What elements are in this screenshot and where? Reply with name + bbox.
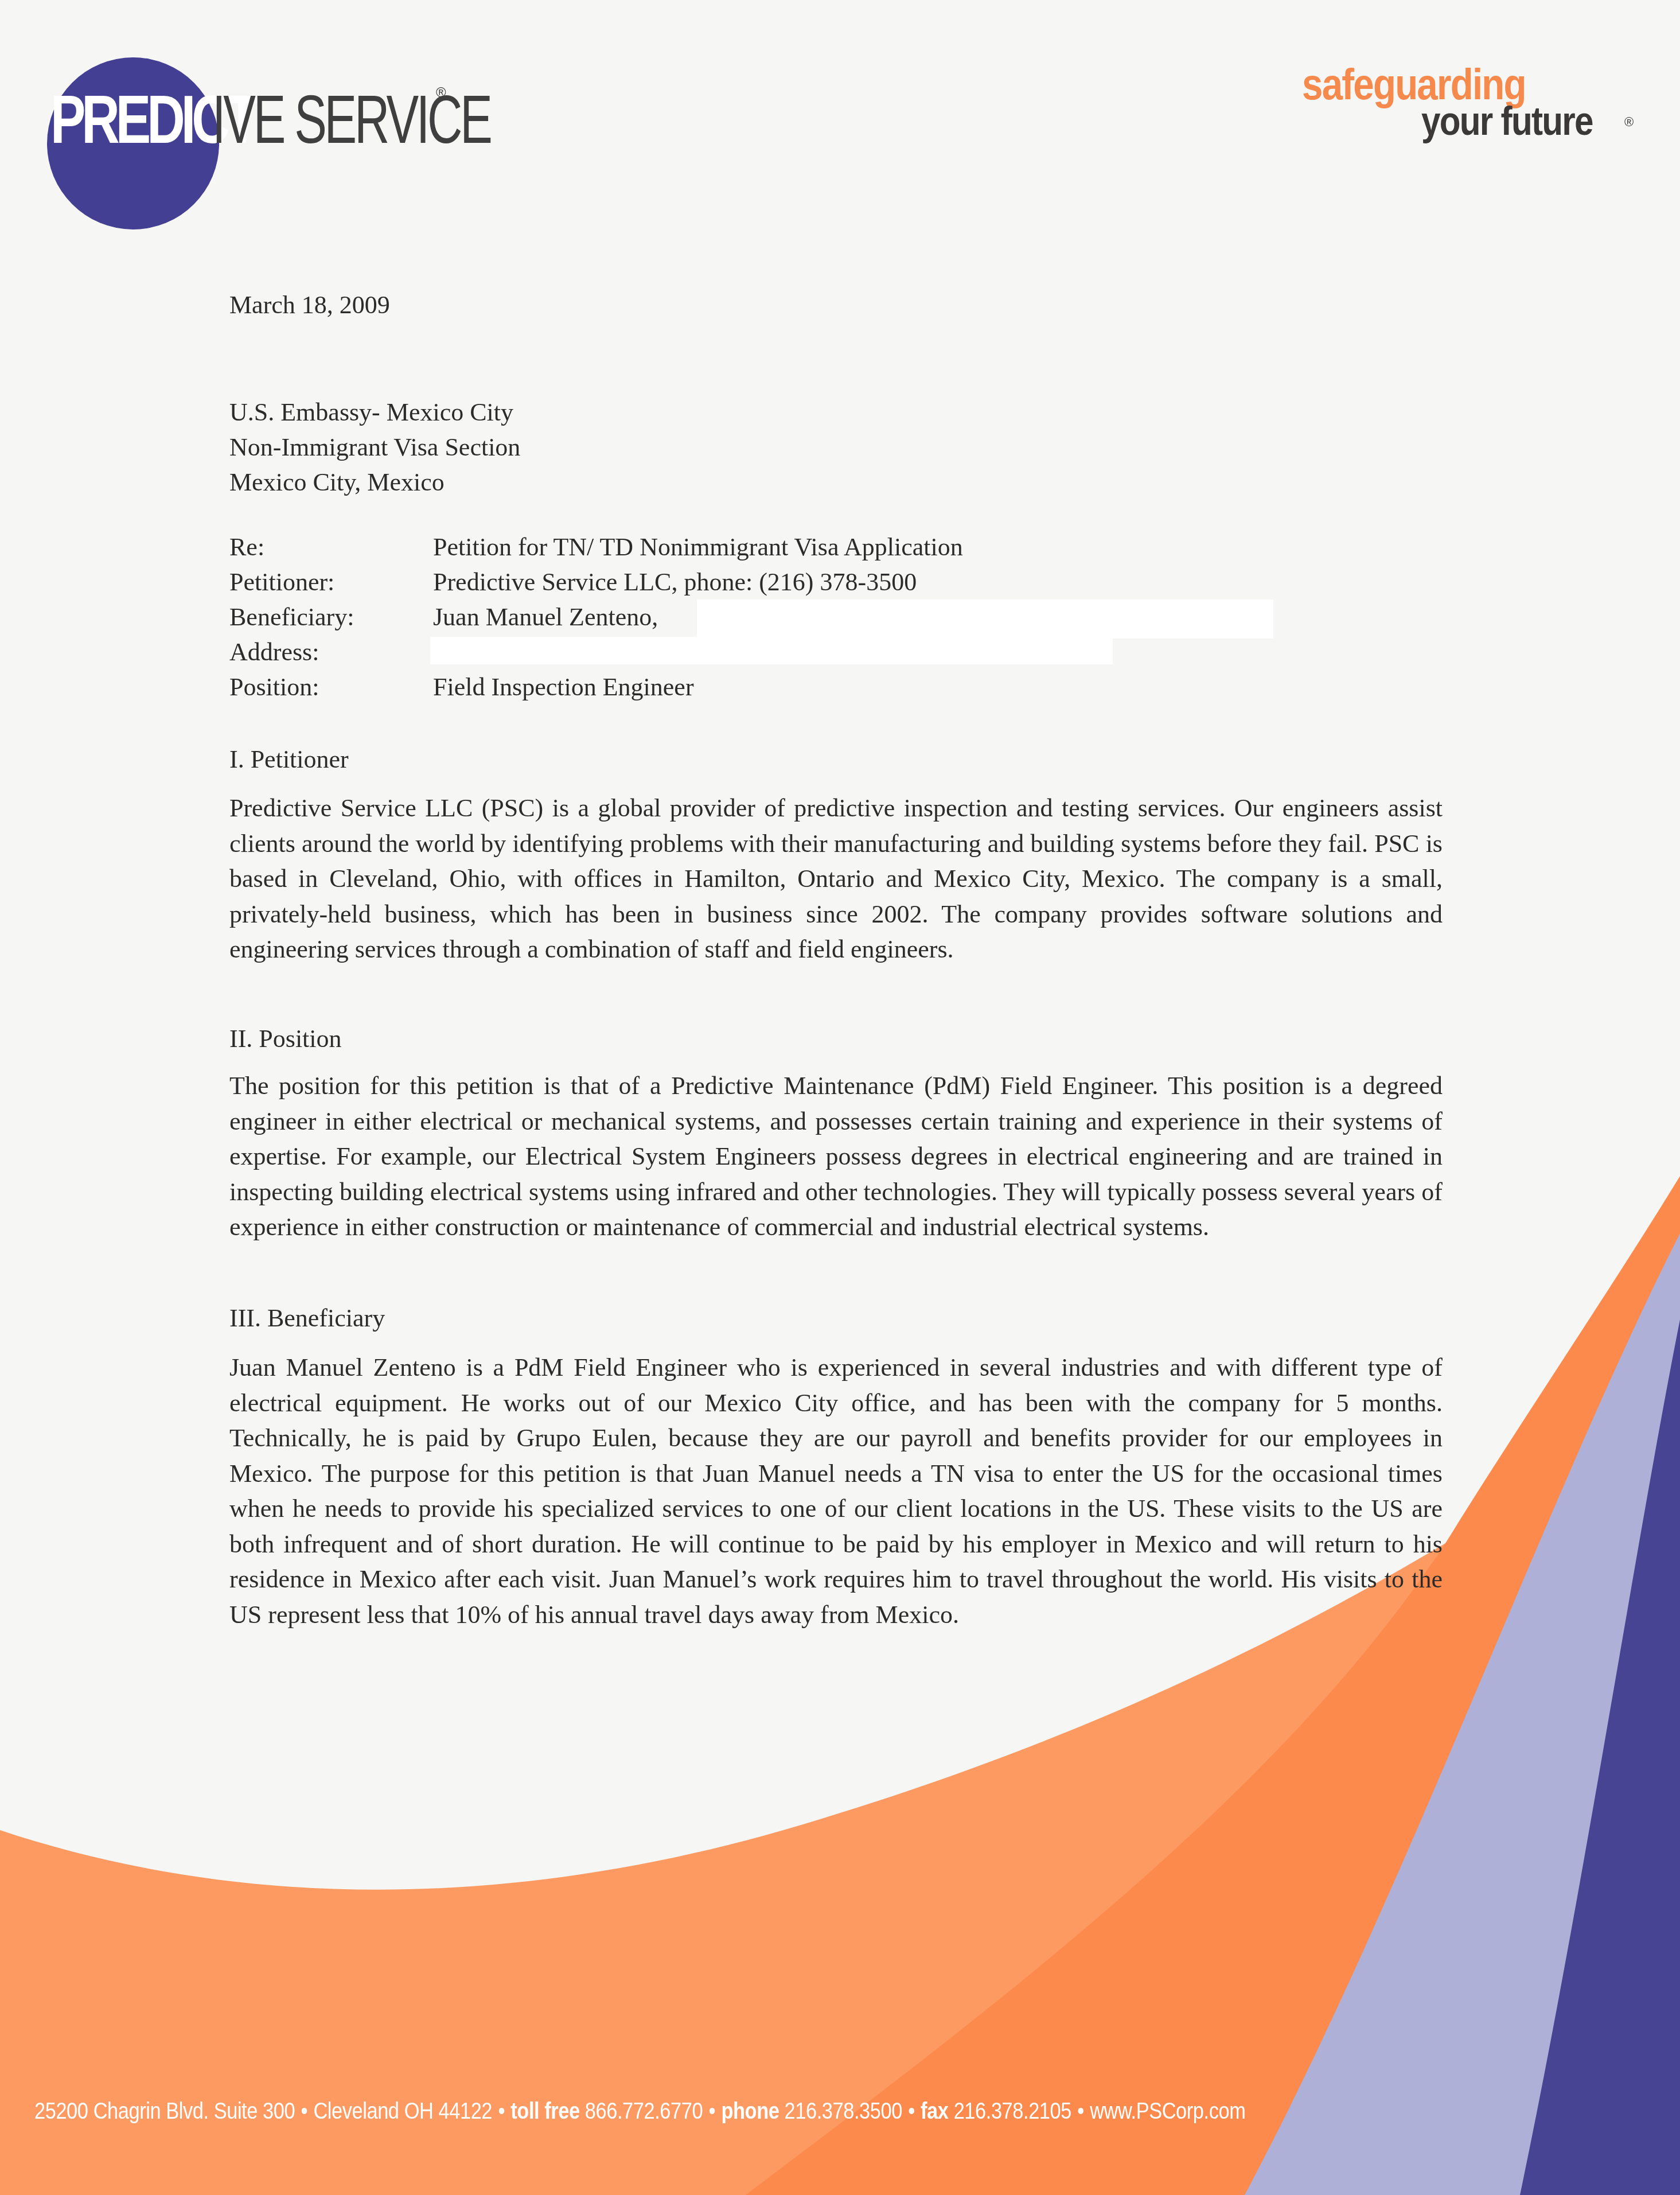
section-body-position: The position for this petition is that o…	[229, 1068, 1443, 1245]
footer-contact: 25200 Chagrin Blvd. Suite 300•Cleveland …	[34, 2099, 1245, 2124]
meta-label-petitioner: Petitioner:	[229, 570, 334, 595]
footer-separator: •	[1077, 2099, 1084, 2124]
logo-registered-mark: ®	[436, 85, 446, 101]
footer-fax: 216.378.2105	[954, 2099, 1071, 2124]
footer-fax-label: fax	[921, 2099, 948, 2124]
redaction-block	[430, 637, 1113, 664]
footer-separator: •	[908, 2099, 915, 2124]
section-body-beneficiary: Juan Manuel Zenteno is a PdM Field Engin…	[229, 1350, 1443, 1632]
meta-value-re: Petition for TN/ TD Nonimmigrant Visa Ap…	[433, 535, 963, 560]
meta-label-position: Position:	[229, 675, 319, 700]
meta-value-beneficiary: Juan Manuel Zenteno,	[433, 605, 658, 630]
footer-separator: •	[301, 2099, 307, 2124]
footer-tollfree-label: toll free	[510, 2099, 579, 2124]
footer-separator: •	[498, 2099, 505, 2124]
recipient-line: Mexico City, Mexico	[229, 465, 445, 500]
recipient-line: U.S. Embassy- Mexico City	[229, 395, 513, 430]
logo-service-text: IVE SERVICE	[212, 86, 490, 154]
footer-tollfree: 866.772.6770	[585, 2099, 703, 2124]
meta-value-petitioner: Predictive Service LLC, phone: (216) 378…	[433, 570, 917, 595]
footer-phone: 216.378.3500	[785, 2099, 902, 2124]
footer-address: 25200 Chagrin Blvd. Suite 300	[34, 2099, 295, 2124]
section-heading-position: II. Position	[229, 1024, 342, 1053]
footer-city: Cleveland OH 44122	[313, 2099, 492, 2124]
meta-label-beneficiary: Beneficiary:	[229, 605, 354, 630]
meta-value-position: Field Inspection Engineer	[433, 675, 694, 700]
section-heading-petitioner: I. Petitioner	[229, 745, 349, 774]
tagline-registered-mark: ®	[1624, 115, 1634, 130]
meta-label-re: Re:	[229, 535, 264, 560]
footer-phone-label: phone	[721, 2099, 779, 2124]
section-body-petitioner: Predictive Service LLC (PSC) is a global…	[229, 791, 1443, 967]
footer-website-link[interactable]: www.PSCorp.com	[1090, 2099, 1245, 2124]
redaction-block	[697, 600, 1273, 639]
tagline-line2: your future	[1421, 101, 1593, 141]
section-heading-beneficiary: III. Beneficiary	[229, 1303, 385, 1333]
letter-date: March 18, 2009	[229, 293, 390, 318]
footer-separator: •	[708, 2099, 715, 2124]
meta-label-address: Address:	[229, 640, 319, 665]
recipient-line: Non-Immigrant Visa Section	[229, 430, 520, 465]
